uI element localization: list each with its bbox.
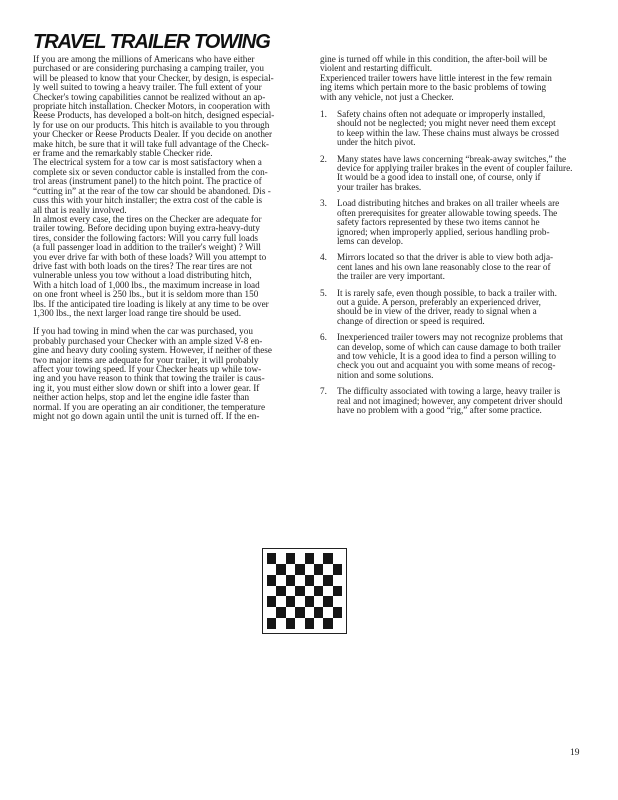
checker-cell [286,596,295,607]
checker-cell [333,596,342,607]
checker-cell [314,586,323,597]
document-page: TRAVEL TRAILER TOWING If you are among t… [0,0,618,800]
checker-cell [295,564,304,575]
list-number: 7. [320,387,337,415]
checker-cell [295,553,304,564]
checker-cell [305,586,314,597]
checker-cell [276,607,285,618]
checker-cell [295,586,304,597]
checker-cell [323,607,332,618]
checker-cell [314,553,323,564]
checker-cell [314,575,323,586]
checker-cell [286,564,295,575]
list-number: 4. [320,253,337,281]
checker-cell [333,618,342,629]
checker-cell [276,575,285,586]
checker-cell [286,575,295,586]
checker-cell [323,618,332,629]
checker-cell [333,553,342,564]
checker-cell [323,553,332,564]
list-item-1: 1. Safety chains often not adequate or i… [320,110,592,148]
checker-cell [267,596,276,607]
list-text: Load distributing hitches and brakes on … [337,199,592,246]
list-text: Mirrors located so that the driver is ab… [337,253,592,281]
checker-cell [305,553,314,564]
page-number: 19 [570,748,580,758]
checker-cell [333,564,342,575]
checker-cell [323,575,332,586]
list-item-3: 3. Load distributing hitches and brakes … [320,199,592,246]
checker-cell [276,564,285,575]
checker-cell [314,618,323,629]
checker-cell [305,596,314,607]
list-text: It is rarely safe, even though possible,… [337,289,592,327]
checker-cell [295,607,304,618]
checker-cell [267,553,276,564]
list-text: Many states have laws concerning “break-… [337,155,592,193]
paragraph-engine: If you had towing in mind when the car w… [33,327,309,421]
checker-cell [276,618,285,629]
paragraph-intro: If you are among the millions of America… [33,55,309,158]
checker-cell [267,607,276,618]
checker-cell [314,607,323,618]
checker-cell [295,575,304,586]
checker-cell [267,586,276,597]
checkerboard-grid [267,553,342,629]
list-text: The difficulty associated with towing a … [337,387,592,415]
checkerboard-logo [262,548,347,634]
checker-cell [286,586,295,597]
list-number: 6. [320,333,337,380]
checker-cell [295,618,304,629]
checker-cell [286,553,295,564]
list-item-4: 4. Mirrors located so that the driver is… [320,253,592,281]
list-number: 5. [320,289,337,327]
checker-cell [267,575,276,586]
list-text: Safety chains often not adequate or impr… [337,110,592,148]
left-column: If you are among the millions of America… [33,55,309,422]
checker-cell [305,564,314,575]
list-item-6: 6. Inexperienced trailer towers may not … [320,333,592,380]
checker-cell [267,618,276,629]
checker-cell [323,586,332,597]
checker-cell [314,596,323,607]
checker-cell [295,596,304,607]
checker-cell [276,553,285,564]
checker-cell [333,575,342,586]
list-number: 3. [320,199,337,246]
checker-cell [333,586,342,597]
checker-cell [286,618,295,629]
checker-cell [276,596,285,607]
checker-cell [305,607,314,618]
checker-cell [323,564,332,575]
paragraph-continuation: gine is turned off while in this conditi… [320,55,592,102]
page-title: TRAVEL TRAILER TOWING [33,31,270,53]
list-item-2: 2. Many states have laws concerning “bre… [320,155,592,193]
list-number: 2. [320,155,337,193]
right-column: gine is turned off while in this conditi… [320,55,592,422]
list-number: 1. [320,110,337,148]
checker-cell [314,564,323,575]
checker-cell [305,575,314,586]
checker-cell [276,586,285,597]
list-item-7: 7. The difficulty associated with towing… [320,387,592,415]
list-text: Inexperienced trailer towers may not rec… [337,333,592,380]
paragraph-electrical: The electrical system for a tow car is m… [33,158,309,214]
paragraph-tires: In almost every case, the tires on the C… [33,215,309,318]
checker-cell [323,596,332,607]
two-column-text: If you are among the millions of America… [33,55,592,422]
checker-cell [286,607,295,618]
checker-cell [333,607,342,618]
checker-cell [267,564,276,575]
list-item-5: 5. It is rarely safe, even though possib… [320,289,592,327]
checker-cell [305,618,314,629]
